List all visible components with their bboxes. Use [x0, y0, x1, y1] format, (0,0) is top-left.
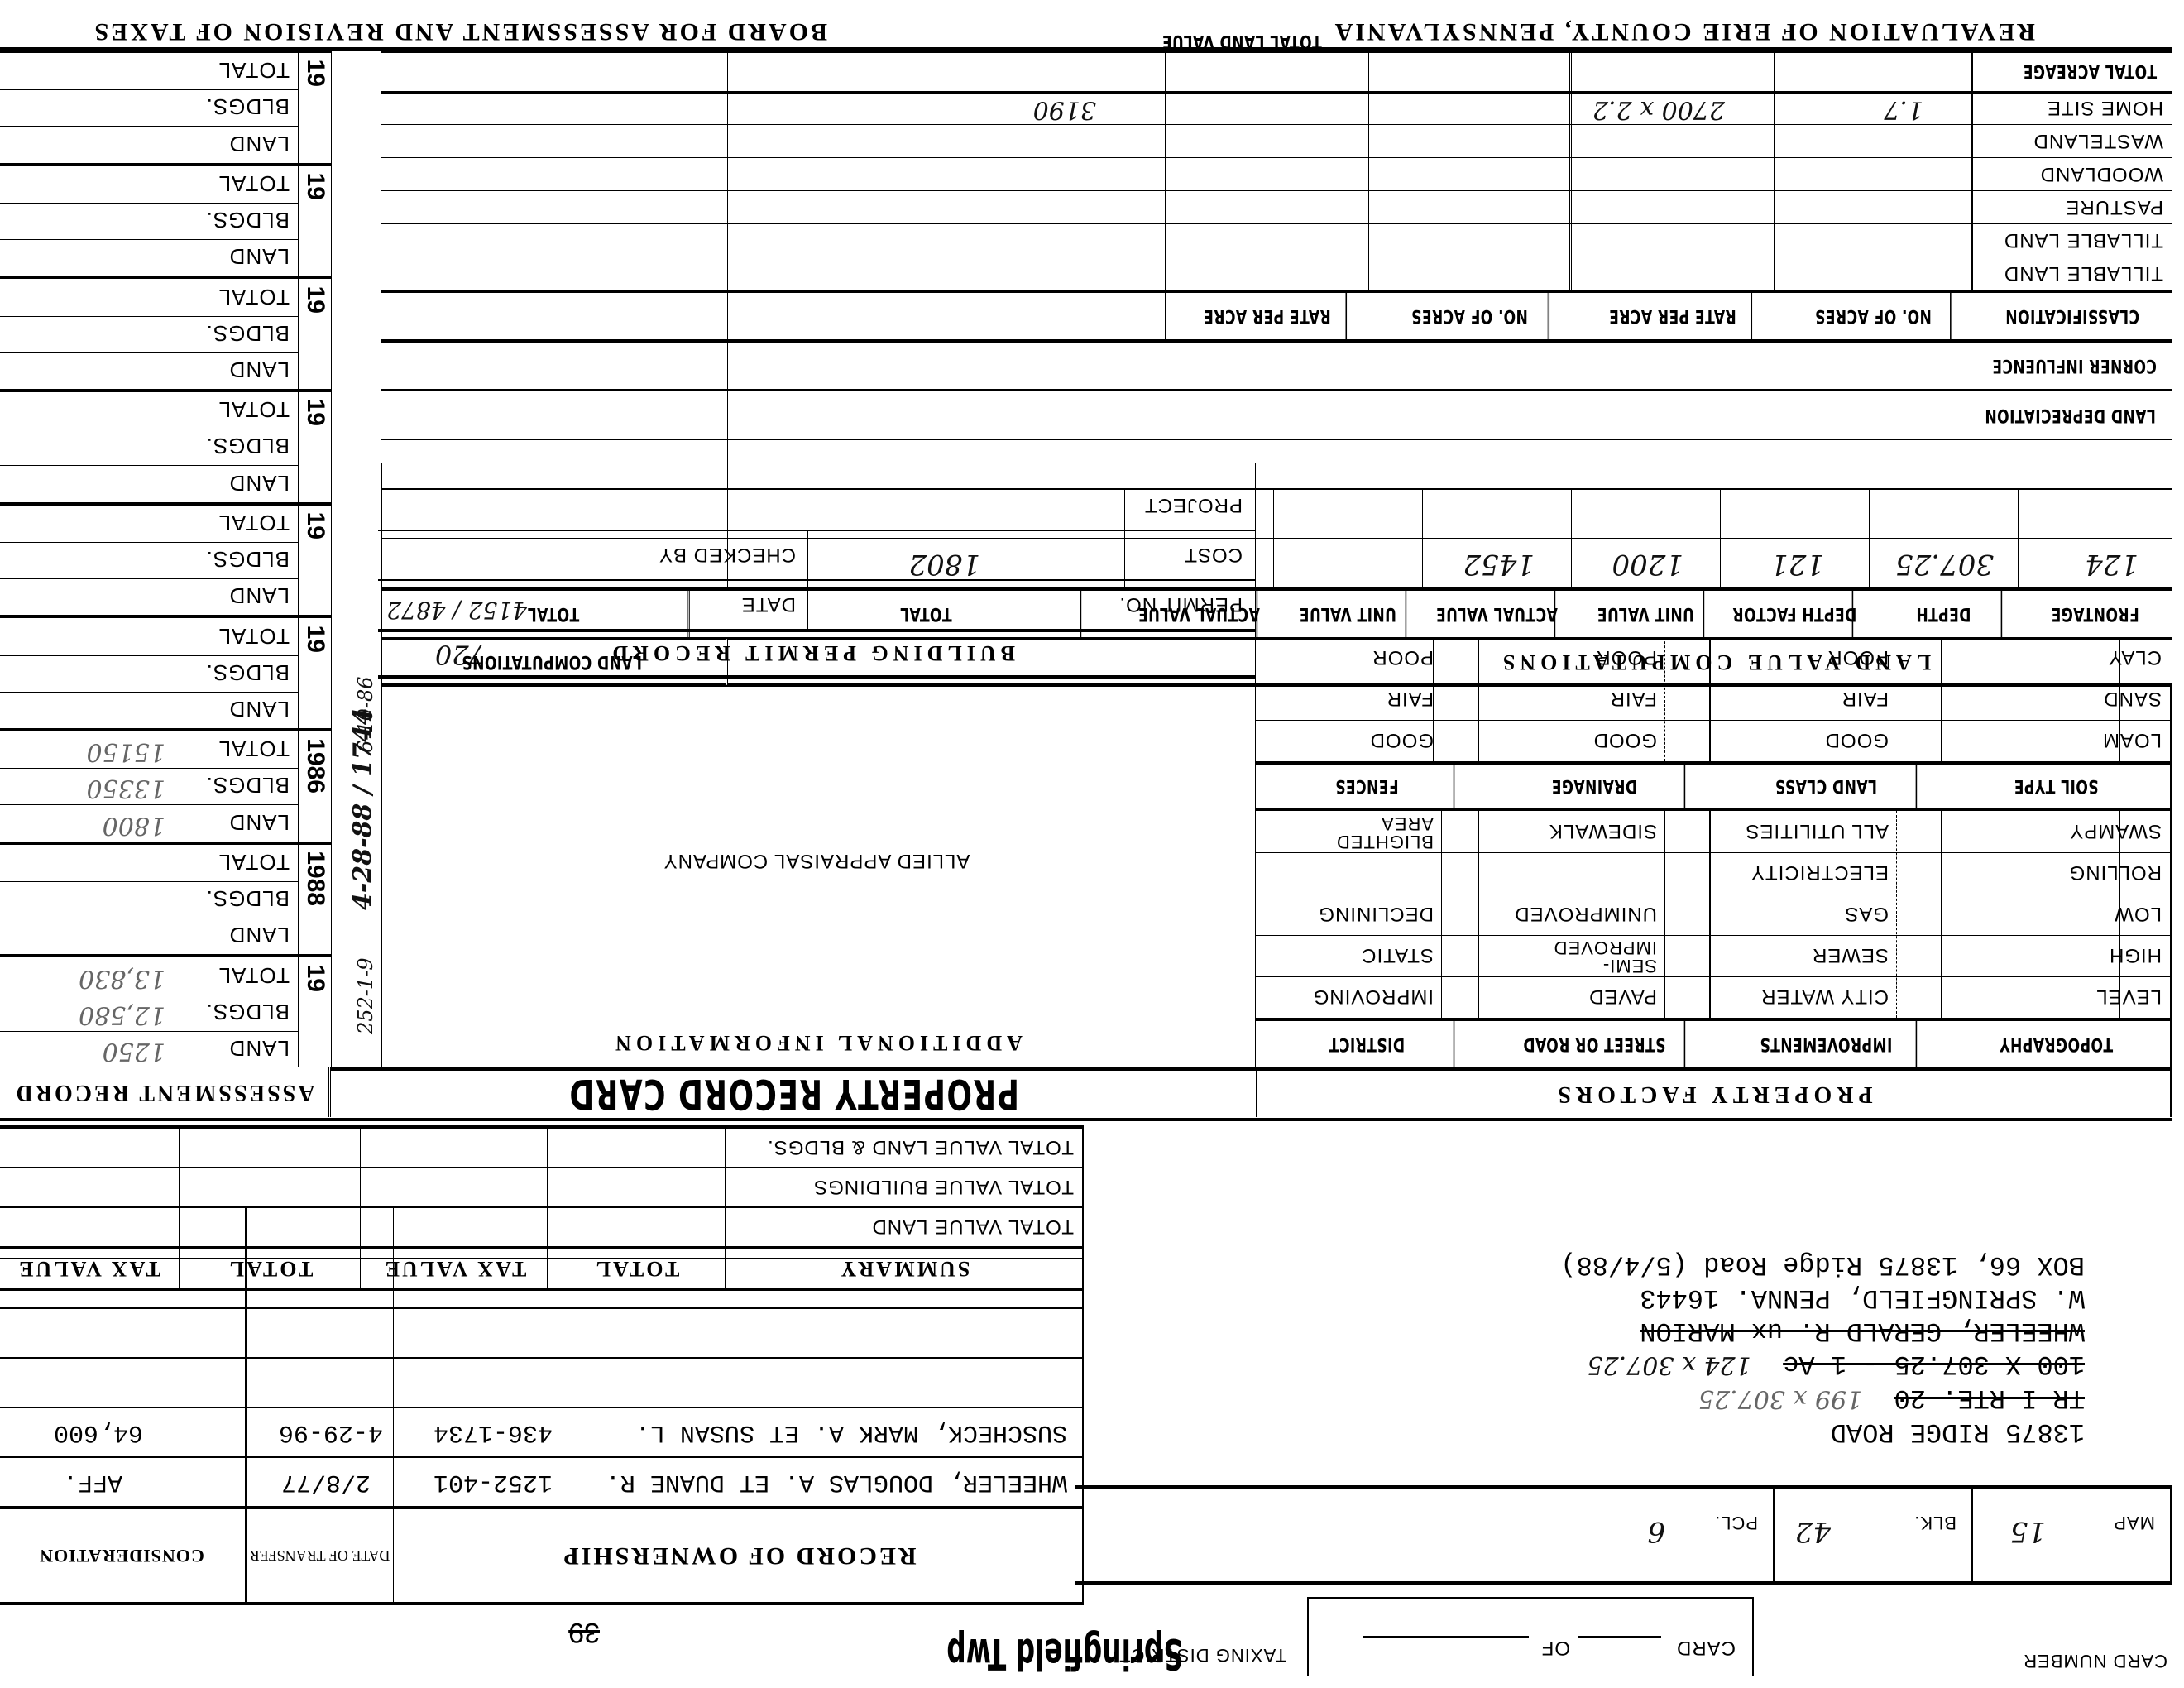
factor-row[interactable]: HIGH SEWER SEMI-IMPROVED STATIC	[1256, 935, 2170, 976]
pcl-label: PCL.	[1714, 1512, 1758, 1533]
factor-row[interactable]: SWAMPY ALL UTILITIES SIDEWALK BLIGHTED A…	[1256, 811, 2170, 852]
property-factors: PROPERTY FACTORS TOPOGRAPHY IMPROVEMENTS…	[1257, 687, 2172, 1117]
assessment-row: BLDGS.12,580	[0, 995, 298, 1031]
assessment-row: TOTAL	[0, 279, 298, 315]
assessment-row-label: LAND	[229, 696, 290, 722]
summary-tax-value-header-2: TAX VALUE	[0, 1249, 180, 1288]
total-value: 1802	[908, 548, 980, 581]
assessment-row: BLDGS.13350	[0, 768, 298, 804]
assessment-row: TOTAL	[0, 618, 298, 655]
frontage-row: 124 307.25 121 1200 1452 1802	[381, 538, 2172, 587]
taxing-district-stamp: Springfield Twp	[946, 1628, 1183, 1678]
corner-influence-label: CORNER INFLUENCE	[1992, 355, 2157, 376]
assessment-record: 19LAND1250BLDGS.12,580TOTAL13,8301988LAN…	[0, 50, 331, 1067]
classification-row-total: TOTAL ACREAGE	[381, 50, 2172, 91]
date-of-transfer-header: DATE OF TRANSFER	[247, 1509, 395, 1602]
assessment-year: 19	[298, 392, 331, 502]
assessment-year: 19	[298, 166, 331, 276]
assessment-row: TOTAL	[0, 392, 298, 429]
address-line-3: 100 X 307.25 - 1 Ac 124 x 307.25	[1175, 1347, 2085, 1381]
unit-value: 1200	[1612, 548, 1683, 581]
corner-influence-row: CORNER INFLUENCE	[381, 339, 2172, 389]
assessment-row: BLDGS.	[0, 881, 298, 918]
factor-row[interactable]: ROLLING ELECTRICITY	[1256, 852, 2170, 894]
blk-cell: BLK. 42	[1773, 1489, 1971, 1581]
summary-total-header: TOTAL	[548, 1249, 726, 1288]
card-label: CARD	[1676, 1636, 1736, 1659]
assessment-row-label: BLDGS.	[206, 885, 290, 911]
assessment-side-note: 252-1-9	[354, 957, 377, 1034]
card-blank	[1578, 1636, 1661, 1638]
assessment-row-label: BLDGS.	[206, 94, 290, 119]
assessment-row-label: TOTAL	[218, 170, 290, 196]
assessment-row-label: TOTAL	[218, 962, 290, 988]
classification-row: PASTURE	[381, 190, 2172, 223]
assessment-row-label: BLDGS.	[206, 659, 290, 685]
card-of-box: CARD OF	[1307, 1597, 1754, 1676]
assessment-year: 19	[298, 506, 331, 616]
frontage-table: FRONTAGE DEPTH DEPTH FACTOR UNIT VALUE A…	[381, 488, 2172, 637]
assessment-row: BLDGS.	[0, 542, 298, 578]
assessment-row: TOTAL13,830	[0, 957, 298, 994]
col-street-or-road: STREET OR ROAD	[1505, 1021, 1685, 1067]
assessment-row-label: LAND	[229, 922, 290, 947]
summary-tax-value-header: TAX VALUE	[362, 1249, 548, 1288]
assessment-block: 19LAND1250BLDGS.12,580TOTAL13,830	[0, 954, 331, 1067]
land-depreciation-row: LAND DEPRECIATION	[381, 389, 2172, 439]
classification-row: WASTELAND	[381, 124, 2172, 157]
consideration-header: CONSIDERATION	[0, 1509, 247, 1602]
property-factors-header: TOPOGRAPHY IMPROVEMENTS STREET OR ROAD D…	[1256, 1018, 2170, 1067]
assessment-block: 19LANDBLDGS.TOTAL	[0, 163, 331, 276]
col-district: DISTRICT	[1281, 1021, 1455, 1067]
assessment-row: LAND	[0, 918, 298, 954]
property-factors-options: LEVEL CITY WATER PAVED IMPROVING HIGH SE…	[1256, 811, 2170, 1018]
classification-row-home-site: HOME SITE 1.7 2700 x 2.2 3190	[381, 91, 2172, 124]
ownership-row-empty	[0, 1307, 1082, 1357]
assessment-row-label: BLDGS.	[206, 207, 290, 233]
summary-row-total: TOTAL VALUE LAND & BLDGS.	[0, 1129, 1082, 1167]
assessment-row: LAND	[0, 578, 298, 615]
assessment-row-label: TOTAL	[218, 623, 290, 649]
stamp-number: 39	[550, 1599, 600, 1648]
additional-info-title: ADDITIONAL INFORMATION	[378, 1018, 1255, 1067]
assessment-row: LAND	[0, 692, 298, 728]
home-site-acres: 1.7	[1884, 95, 1923, 124]
factor-row[interactable]: LOW GAS UNIMPROVED DECLINING	[1256, 894, 2170, 935]
classification-rows: TILLABLE LAND TILLABLE LAND PASTURE WOOD…	[381, 50, 2172, 290]
col-improvements: IMPROVEMENTS	[1736, 1021, 1917, 1067]
assessment-value: 1800	[103, 811, 165, 840]
card-title: PROPERTY RECORD CARD	[568, 1070, 1018, 1118]
col-drainage: DRAINAGE	[1505, 765, 1685, 808]
property-record-card: CARD NUMBER CARD OF TAXING DISTRICT Spri…	[0, 0, 2184, 1688]
assessment-row-label: LAND	[229, 131, 290, 156]
factor-row[interactable]: LEVEL CITY WATER PAVED IMPROVING	[1256, 976, 2170, 1018]
assessment-year: 19	[298, 957, 331, 1067]
assessment-block: 1986LAND1800BLDGS.13350TOTAL15150	[0, 728, 331, 842]
card-title-bar: PROPERTY RECORD CARD	[331, 1067, 1257, 1117]
land-computations-title-bar: LAND COMPUTATIONS	[381, 637, 728, 687]
ownership-row-empty	[0, 1357, 1082, 1407]
frontage-row-empty	[381, 488, 2172, 538]
actual-value: 1452	[1463, 548, 1535, 581]
assessment-row: LAND	[0, 239, 298, 276]
col-fences: FENCES	[1281, 765, 1455, 808]
col-soil-type: SOIL TYPE	[1967, 765, 2145, 808]
assessment-row-label: TOTAL	[218, 510, 290, 535]
assessment-block: 1988LANDBLDGS.TOTAL	[0, 842, 331, 955]
assessment-row-label: BLDGS.	[206, 320, 290, 346]
stamp-value: 39	[568, 1617, 600, 1648]
address-line-1: 13875 RIDGE ROAD	[1175, 1415, 2085, 1448]
address-line-4: WHEELER, GERALD R. ux MARION	[1175, 1314, 2085, 1347]
classification-header: CLASSIFICATION NO. OF ACRES RATE PER ACR…	[381, 290, 2172, 339]
assessment-row: LAND	[0, 126, 298, 162]
ownership-header: RECORD OF OWNERSHIP DATE OF TRANSFER CON…	[0, 1506, 1082, 1605]
assessment-block: 19LANDBLDGS.TOTAL	[0, 615, 331, 728]
summary-total-header-2: TOTAL	[180, 1249, 362, 1288]
blank-row	[381, 439, 2172, 488]
pcl-value: 6	[1647, 1515, 1665, 1548]
depth-factor-value: 121	[1770, 548, 1824, 581]
assessment-row-label: BLDGS.	[206, 999, 290, 1024]
assessment-block: 19LANDBLDGS.TOTAL	[0, 502, 331, 616]
assessment-row-label: TOTAL	[218, 849, 290, 875]
address-line-6: BOX 66, 13875 Ridge Road (5/4/88)	[1175, 1248, 2085, 1281]
summary-title: SUMMARY	[726, 1249, 1082, 1288]
board-header: BOARD FOR ASSESSMENT AND REVISION OF TAX…	[93, 17, 827, 46]
assessment-side-note: 6-10-86	[354, 676, 377, 753]
assessment-year: 1986	[298, 731, 331, 842]
card-number-label: CARD NUMBER	[1985, 1650, 2167, 1671]
assessment-row-label: BLDGS.	[206, 546, 290, 572]
blk-value: 42	[1795, 1515, 1831, 1548]
address-block: 13875 RIDGE ROAD TR I RTE. 20 199 x 307.…	[1175, 1216, 2085, 1448]
map-blk-pcl-row: MAP 15 BLK. 42 PCL. 6	[1075, 1485, 2172, 1585]
home-site-total: 3190	[1033, 95, 1096, 124]
depth-value: 307.25	[1895, 548, 1994, 581]
assessment-row-label: LAND	[229, 1035, 290, 1061]
assessment-row-label: TOTAL	[218, 736, 290, 761]
assessment-row-label: TOTAL	[218, 396, 290, 422]
land-value-title: LAND VALUE COMPUTATIONS	[1257, 640, 2172, 683]
assessment-row: BLDGS.	[0, 89, 298, 126]
assessment-value: 1250	[103, 1037, 165, 1066]
additional-info-section: ADDITIONAL INFORMATION ALLIED APPRAISAL …	[381, 679, 1257, 1067]
card-number-box: CARD NUMBER	[1985, 1597, 2167, 1671]
summary-section: SUMMARY TOTAL TAX VALUE TOTAL TAX VALUE …	[0, 1125, 1084, 1291]
property-factors-header-2: SOIL TYPE LAND CLASS DRAINAGE FENCES	[1256, 761, 2170, 811]
assessment-row: LAND1800	[0, 804, 298, 841]
assessment-row: TOTAL	[0, 166, 298, 203]
assessment-row: BLDGS.	[0, 203, 298, 239]
assessment-row-label: BLDGS.	[206, 433, 290, 458]
factor-row[interactable]: LOAM GOOD GOOD GOOD	[1256, 720, 2170, 761]
map-cell: MAP 15	[1971, 1489, 2170, 1581]
assessment-block: 19LANDBLDGS.TOTAL	[0, 50, 331, 163]
assessment-value: 13350	[87, 774, 165, 803]
assessment-value: 13,830	[79, 964, 165, 993]
assessment-row-label: LAND	[229, 243, 290, 269]
land-computations-title: LAND COMPUTATIONS	[416, 640, 687, 683]
assessment-row: TOTAL	[0, 506, 298, 542]
col-land-class: LAND CLASS	[1736, 765, 1917, 808]
ownership-row: WHEELER, DOUGLAS A. ET DUANE R. 1252-401…	[0, 1456, 1082, 1506]
ownership-row: SUSCHECK, MARK A. ET SUSAN L. 436-1734 4…	[0, 1407, 1082, 1456]
assessment-value: 12,580	[79, 1000, 165, 1029]
assessment-value: 15150	[87, 737, 165, 766]
assessment-row: LAND	[0, 465, 298, 501]
top-rule	[0, 47, 2172, 51]
map-value: 15	[2010, 1515, 2046, 1548]
of-label: OF	[1541, 1636, 1570, 1659]
assessment-year: 19	[298, 279, 331, 389]
ownership-title: RECORD OF OWNERSHIP	[395, 1509, 1082, 1602]
map-label: MAP	[2113, 1512, 2155, 1533]
frontage-header: FRONTAGE DEPTH DEPTH FACTOR UNIT VALUE A…	[381, 587, 2172, 637]
assessment-row: TOTAL	[0, 53, 298, 89]
summary-row-buildings: TOTAL VALUE BUILDINGS	[0, 1167, 1082, 1206]
classification-row: TILLABLE LAND	[381, 223, 2172, 257]
land-value-title-bar: LAND VALUE COMPUTATIONS	[728, 637, 2172, 687]
summary-row-land: TOTAL VALUE LAND	[0, 1206, 1082, 1246]
assessment-block: 19LANDBLDGS.TOTAL	[0, 276, 331, 389]
property-factors-title: PROPERTY FACTORS	[1256, 1067, 2170, 1117]
pcl-cell: PCL. 6	[1392, 1489, 1773, 1581]
assessment-row: TOTAL	[0, 845, 298, 881]
assessment-row-label: LAND	[229, 357, 290, 382]
assessment-row: TOTAL15150	[0, 731, 298, 768]
assessment-record-title-box: ASSESSMENT RECORD	[0, 1067, 331, 1117]
assessment-notes-column: 252-1-9 4-28-88 / 1744 6-10-86	[331, 50, 381, 1067]
home-site-rate: 2700 x 2.2	[1592, 95, 1725, 124]
land-depreciation-label: LAND DEPRECIATION	[1985, 405, 2156, 425]
address-line-2: TR I RTE. 20 199 x 307.25	[1175, 1381, 2085, 1415]
appraisal-company: ALLIED APPRAISAL COMPANY	[378, 844, 1255, 877]
assessment-row: BLDGS.	[0, 655, 298, 692]
assessment-row-label: BLDGS.	[206, 772, 290, 798]
assessment-row: BLDGS.	[0, 429, 298, 465]
assessment-year: 19	[298, 618, 331, 728]
assessment-row: BLDGS.	[0, 316, 298, 352]
assessment-row-label: LAND	[229, 583, 290, 608]
of-blank	[1363, 1636, 1529, 1638]
assessment-row: LAND	[0, 352, 298, 389]
assessment-row-label: TOTAL	[218, 57, 290, 83]
blk-label: BLK.	[1913, 1512, 1956, 1533]
address-line-5: W. SPRINGFIELD, PENNA. 16443	[1175, 1281, 2085, 1314]
frontage-value: 124	[2085, 548, 2138, 581]
col-topography: TOPOGRAPHY	[1967, 1021, 2145, 1067]
taxing-district-label: TAXING DISTRICT	[1187, 1645, 1286, 1665]
assessment-record-title: ASSESSMENT RECORD	[13, 1079, 314, 1105]
revaluation-header: REVALUATION OF ERIE COUNTY, PENNSYLVANIA	[1333, 17, 2035, 46]
assessment-row-label: LAND	[229, 809, 290, 835]
classification-row: WOODLAND	[381, 157, 2172, 190]
assessment-row: LAND1250	[0, 1031, 298, 1067]
assessment-year: 19	[298, 53, 331, 163]
assessment-year: 1988	[298, 845, 331, 955]
assessment-block: 19LANDBLDGS.TOTAL	[0, 389, 331, 502]
assessment-row-label: LAND	[229, 470, 290, 496]
assessment-row-label: TOTAL	[218, 284, 290, 309]
section-divider	[0, 1118, 2172, 1121]
classification-row: TILLABLE LAND	[381, 257, 2172, 290]
summary-header: SUMMARY TOTAL TAX VALUE TOTAL TAX VALUE	[0, 1246, 1082, 1288]
